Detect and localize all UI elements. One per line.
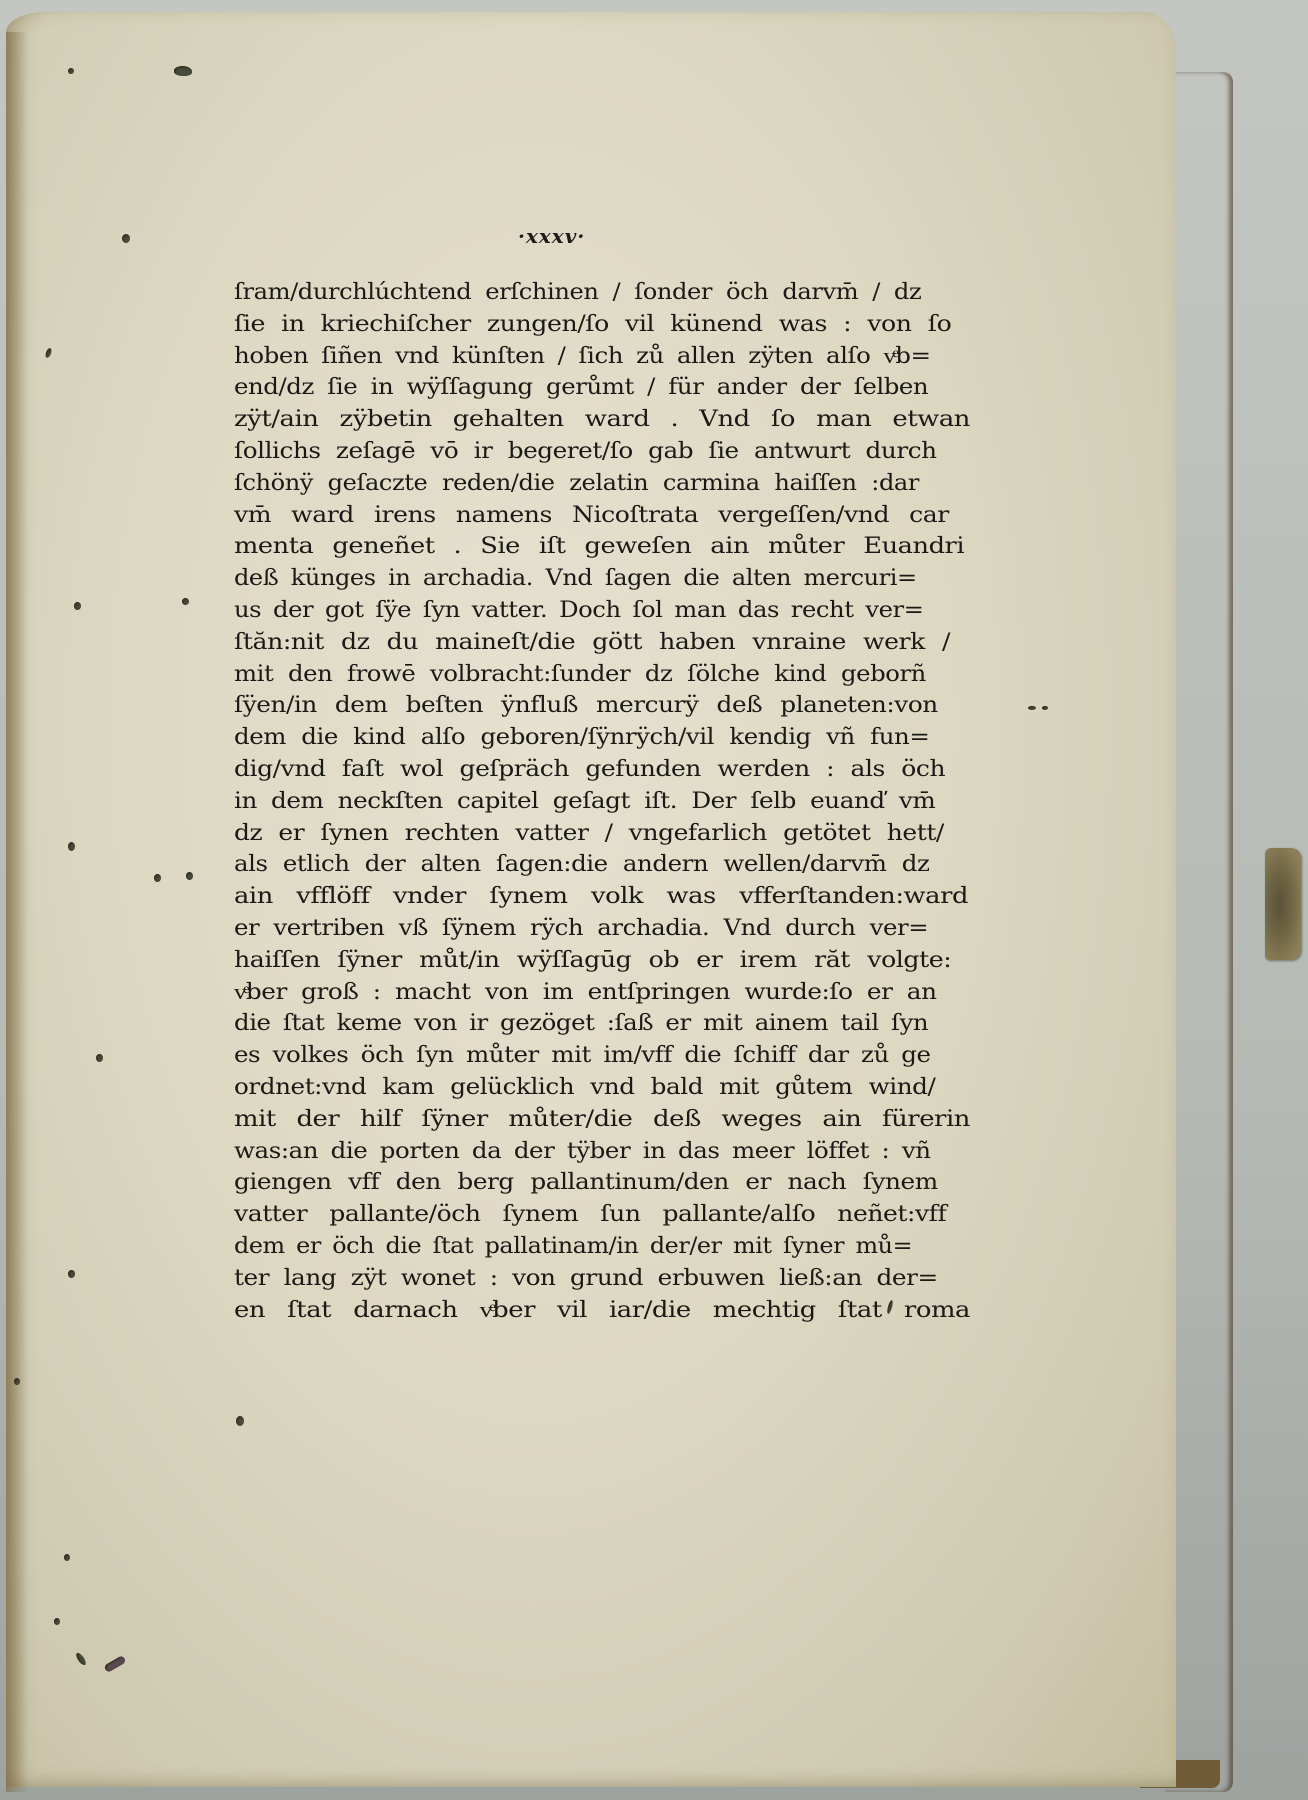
text-line: menta geneñet . Sie iſt geweſen ain můte… — [234, 531, 964, 563]
wormhole — [96, 1054, 103, 1062]
wormhole — [103, 1655, 126, 1673]
text-line: vͤber groß : macht von im entſpringen wu… — [234, 977, 937, 1009]
text-line: us der got ſÿe ſyn vatter. Doch ſol man … — [234, 595, 924, 627]
book-clasp-fragment — [1265, 848, 1301, 960]
wormhole — [186, 872, 193, 880]
text-line: was:an die porten da der tÿber in das me… — [234, 1136, 931, 1168]
wormhole — [154, 874, 161, 882]
text-line: hoben ſiñen vnd künſten / ſich zů allen … — [234, 341, 931, 373]
text-line: ordnet:vnd kam gelücklich vnd bald mit g… — [234, 1072, 935, 1104]
text-line: dem er öch die ſtat pallatinam/in der/er… — [234, 1231, 912, 1263]
wormhole — [174, 66, 192, 76]
wormhole — [54, 1618, 60, 1625]
text-line: haiſſen ſÿner můt/in wÿſſagūg ob er irem… — [234, 945, 951, 977]
wormhole — [44, 347, 52, 358]
text-line: giengen vff den berg pallantinum/den er … — [234, 1167, 938, 1199]
text-line: end/dz ſie in wÿſſagung gerůmt / für and… — [234, 372, 928, 404]
wormhole — [1028, 706, 1036, 710]
wormhole — [68, 1270, 75, 1278]
printed-text-column: ſram/durchlúchtend erſchinen / ſonder öc… — [234, 277, 874, 1326]
text-line: ain vfflöff vnder ſynem volk was vfferſt… — [234, 881, 968, 913]
wormhole — [1042, 706, 1048, 710]
text-line: ſram/durchlúchtend erſchinen / ſonder öc… — [234, 277, 921, 309]
text-line: dz er ſynen rechten vatter / vngefarlich… — [234, 818, 944, 850]
text-line: in dem neckſten capitel geſagt iſt. Der … — [234, 786, 935, 818]
text-line: dig/vnd faſt wol geſpräch gefunden werde… — [234, 754, 945, 786]
wormhole — [68, 68, 74, 74]
text-line: zÿt/ain zÿbetin gehalten ward . Vnd ſo m… — [234, 404, 970, 436]
text-line: als etlich der alten ſagen:die andern we… — [234, 849, 929, 881]
text-line: es volkes öch ſyn můter mit im/vff die ſ… — [234, 1040, 931, 1072]
gutter-shadow — [6, 32, 28, 1792]
text-line: ter lang zÿt wonet : von grund erbuwen l… — [234, 1263, 938, 1295]
text-line: deß künges in archadia. Vnd ſagen die al… — [234, 563, 917, 595]
text-line: ſtăn:nit dz du maineſt/die gött haben vn… — [234, 627, 950, 659]
text-line: die ſtat keme von ir gezöget :ſaß er mit… — [234, 1008, 928, 1040]
text-line: er vertriben vß ſÿnem rÿch archadia. Vnd… — [234, 913, 928, 945]
text-line: mit der hilf ſÿner můter/die deß weges a… — [234, 1104, 970, 1136]
book-page: ·xxxv· ſram/durchlúchtend erſchinen / ſo… — [6, 12, 1176, 1787]
text-line: ſÿen/in dem beſten ÿnfluß mercurÿ deß pl… — [234, 690, 938, 722]
text-line: en ſtat darnach vͤber vil iar/die mechti… — [234, 1295, 970, 1327]
text-line: dem die kind alſo geboren/ſÿnrÿch/vil ke… — [234, 722, 929, 754]
wormhole — [14, 1378, 20, 1385]
wormhole — [122, 234, 130, 243]
text-line: ſollichs zeſagē vō ir begeret/ſo gab ſie… — [234, 436, 937, 468]
wormhole — [74, 602, 81, 610]
folio-number: ·xxxv· — [518, 224, 585, 248]
text-line: ſie in kriechiſcher zungen/ſo vil künend… — [234, 309, 951, 341]
text-line: vm̄ ward irens namens Nicoſtrata vergeſſ… — [234, 500, 949, 532]
wormhole — [68, 842, 75, 851]
wormhole — [182, 598, 189, 605]
wormhole — [75, 1652, 88, 1667]
text-line: vatter pallante/öch ſynem ſun pallante/a… — [234, 1199, 946, 1231]
wormhole — [236, 1416, 244, 1426]
text-line: mit den frowē volbracht:ſunder dz ſölche… — [234, 659, 926, 691]
wormhole — [64, 1554, 70, 1561]
text-line: ſchönÿ geſaczte reden/die zelatin carmin… — [234, 468, 919, 500]
